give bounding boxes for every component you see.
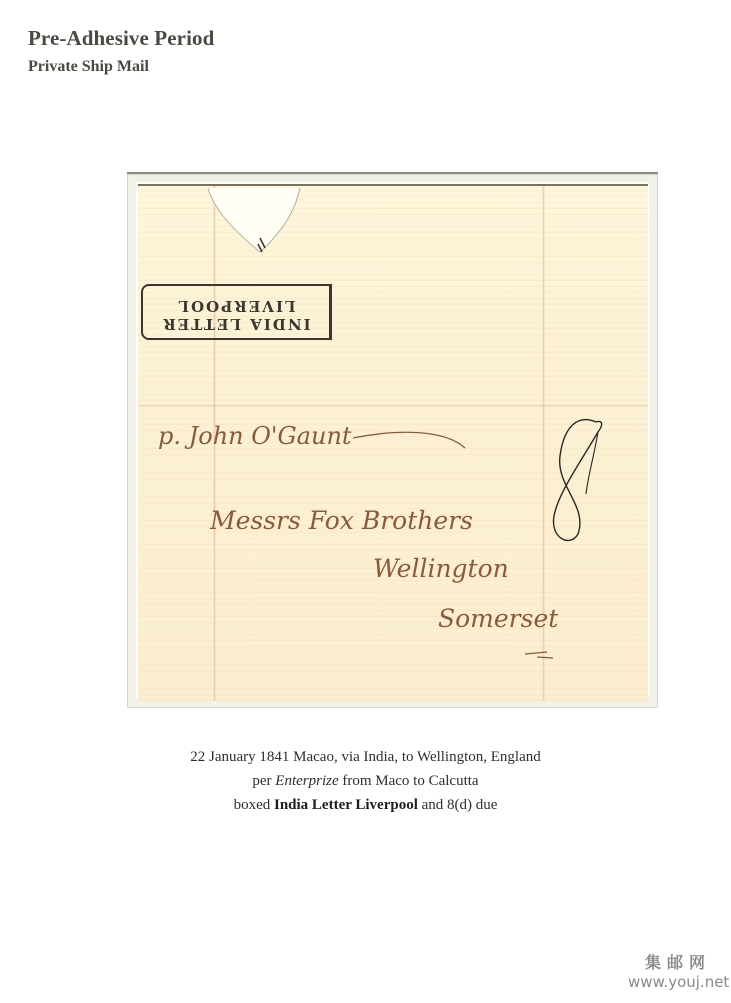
caption-line-1: 22 January 1841 Macao, via India, to Wel…	[0, 745, 731, 769]
address-town: Wellington	[373, 554, 509, 583]
india-letter-liverpool-handstamp: INDIA LETTER LIVERPOOL	[141, 284, 332, 340]
rate-mark-8-icon	[548, 416, 608, 546]
handstamp-name: India Letter Liverpool	[274, 797, 418, 813]
seal-flap-icon	[198, 186, 398, 266]
caption-line-2: per Enterprize from Maco to Calcutta	[0, 769, 731, 793]
address-county: Somerset	[438, 604, 558, 633]
handstamp-line-1: INDIA LETTER	[143, 315, 329, 333]
addressee-name: Messrs Fox Brothers	[210, 506, 473, 535]
album-mount: INDIA LETTER LIVERPOOL p. John O'Gaunt M…	[127, 172, 658, 708]
caption: 22 January 1841 Macao, via India, to Wel…	[0, 745, 731, 817]
watermark: 集邮网 www.youj.net	[628, 950, 728, 991]
handstamp-line-2: LIVERPOOL	[143, 297, 329, 315]
caption-text: and 8(d) due	[418, 797, 498, 813]
ship-endorsement: p. John O'Gaunt	[158, 422, 352, 450]
caption-text: per	[252, 773, 275, 789]
caption-text: from Maco to Calcutta	[339, 773, 479, 789]
watermark-url: www.youj.net	[628, 973, 728, 991]
flourish-icon	[353, 426, 473, 456]
caption-text: boxed	[234, 797, 274, 813]
page-subtitle: Private Ship Mail	[28, 58, 149, 76]
ship-name: Enterprize	[275, 773, 338, 789]
underline-mark-icon	[523, 648, 563, 662]
letter-cover-image: INDIA LETTER LIVERPOOL p. John O'Gaunt M…	[138, 184, 648, 701]
watermark-chinese: 集邮网	[628, 950, 728, 973]
caption-line-3: boxed India Letter Liverpool and 8(d) du…	[0, 793, 731, 817]
fold-line	[138, 404, 648, 407]
page-title: Pre-Adhesive Period	[28, 26, 214, 51]
